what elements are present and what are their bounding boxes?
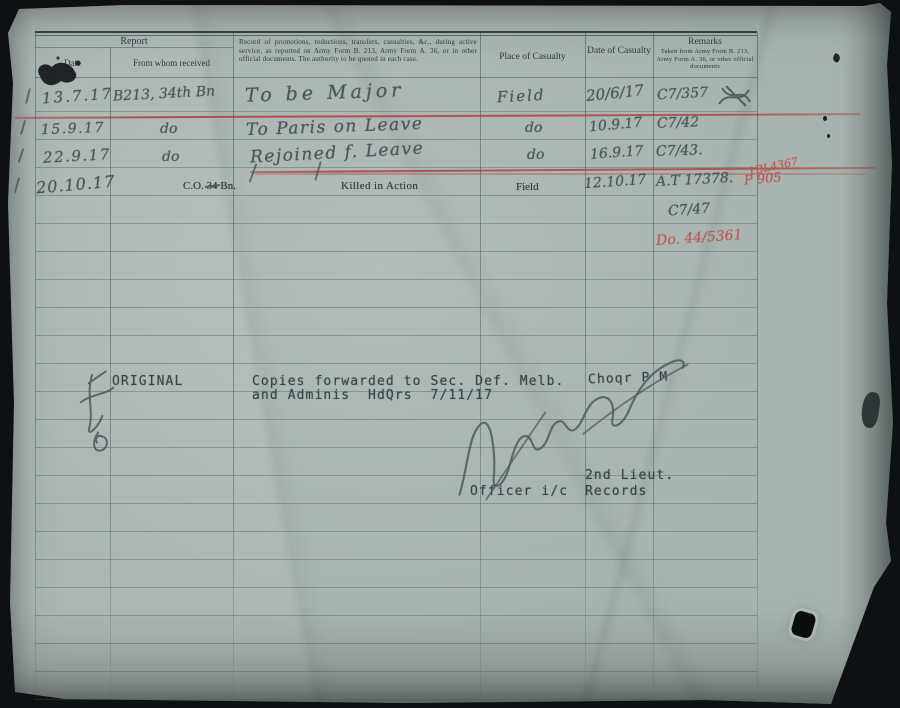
margin-initials <box>58 364 147 462</box>
from-bn: Bn. <box>220 180 236 192</box>
from-cell: C.O. 34 Bn. <box>183 180 236 192</box>
column-divider <box>480 33 481 700</box>
date-cell: 22.9.17 <box>43 145 112 167</box>
from-column-label: From whom received <box>110 58 233 68</box>
remarks-cell: C7/47 <box>667 201 710 220</box>
column-divider <box>585 33 586 700</box>
remarks-column-label: Remarks <box>653 37 757 47</box>
crossed-out-scribble <box>714 84 754 110</box>
place-cell: do <box>527 147 544 163</box>
remarks-cell: C7/43. <box>656 142 703 160</box>
place-cell: Field <box>497 86 546 107</box>
place-column-label: Place of Casualty <box>480 52 585 62</box>
place-cell: Field <box>516 181 539 193</box>
date-cell: 15.9.17 <box>41 120 105 138</box>
copies-forwarded-line1: Copies forwarded to Sec. Def. Melb. <box>252 374 564 389</box>
from-cell: do <box>160 121 177 137</box>
place-cell: do <box>525 120 542 136</box>
from-co: C.O. <box>183 180 204 192</box>
column-divider <box>757 33 758 700</box>
report-header-label: Report <box>35 36 233 47</box>
paper-speck <box>827 134 830 138</box>
records-label: Records <box>585 484 648 499</box>
table-top-border <box>35 31 757 33</box>
remarks-column-sublabel: Taken from Army Form B. 213, Army Form A… <box>656 48 754 71</box>
from-battalion-number-struck: 34 <box>207 180 218 192</box>
copies-forwarded-line2: and Adminis HdQrs 7/11/17 <box>252 388 493 403</box>
scanned-service-record-page: Report Date From whom received Record of… <box>0 0 900 708</box>
column-divider <box>233 33 234 700</box>
from-cell: do <box>162 149 179 165</box>
remarks-cell: C7/357 <box>657 85 709 104</box>
date-of-casualty-column-label: Date of Casualty <box>587 46 651 57</box>
column-divider <box>35 33 36 700</box>
header-bottom-line <box>35 77 757 78</box>
record-cell: Killed in Action <box>341 180 418 192</box>
report-underline <box>35 47 233 48</box>
record-column-label: Record of promotions, reductions, transf… <box>239 38 477 64</box>
remarks-cell: C7/42 <box>657 114 700 131</box>
ink-blot <box>32 56 84 92</box>
paper-speck <box>823 116 827 121</box>
